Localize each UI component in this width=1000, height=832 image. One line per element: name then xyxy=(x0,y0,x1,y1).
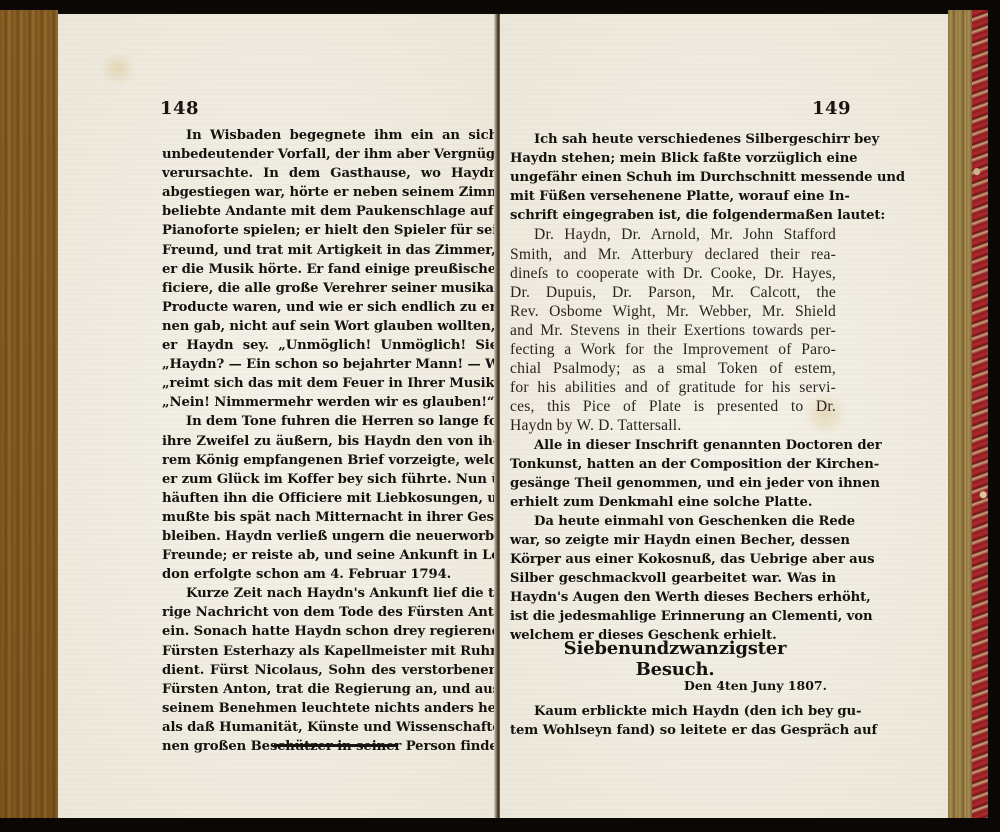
text-line: seinem Benehmen leuchtete nichts anders … xyxy=(162,699,498,718)
right-page: 149 Ich sah heute verschiedenes Silberge… xyxy=(500,14,948,820)
text-line: and Mr. Stevens in their Exertions towar… xyxy=(510,321,836,340)
text-line: tem Wohlseyn fand) so leitete er das Ges… xyxy=(510,721,836,740)
text-line: gesänge Theil genommen, und ein jeder vo… xyxy=(510,474,836,493)
right-page-text: Ich sah heute verschiedenes Silbergeschi… xyxy=(510,130,836,646)
left-page-text: In Wisbaden begegnete ihm ein an sich un… xyxy=(162,126,498,756)
text-line: Fürsten Esterhazy als Kapellmeister mit … xyxy=(162,642,498,661)
page-block-edge xyxy=(948,10,972,818)
text-line: chial Psalmody; as a smal Token of estem… xyxy=(510,359,836,378)
closing-paragraph: Kaum erblickte mich Haydn (den ich bey g… xyxy=(510,702,836,740)
text-line: schrift eingegraben ist, die folgenderma… xyxy=(510,206,836,225)
text-line: Fürsten Anton, trat die Regierung an, un… xyxy=(162,680,498,699)
section-heading: Siebenundzwanzigster Besuch. xyxy=(550,638,800,680)
text-line: abgestiegen war, hörte er neben seinem Z… xyxy=(162,183,498,202)
text-line: ein. Sonach hatte Haydn schon drey regie… xyxy=(162,622,498,641)
marbled-endpaper xyxy=(972,10,988,818)
text-line: Alle in dieser Inschrift genannten Docto… xyxy=(510,436,836,455)
text-line: dineſs to cooperate with Dr. Cooke, Dr. … xyxy=(510,264,836,283)
page-number-left: 148 xyxy=(160,98,199,119)
text-line: Dr. Haydn, Dr. Arnold, Mr. John Stafford xyxy=(510,225,836,244)
scan-background-right xyxy=(988,0,1000,832)
text-line: unbedeutender Vorfall, der ihm aber Verg… xyxy=(162,145,498,164)
left-page: 148 In Wisbaden begegnete ihm ein an sic… xyxy=(58,14,496,820)
text-line: erhielt zum Denkmahl eine solche Platte. xyxy=(510,493,836,512)
text-line: Kurze Zeit nach Haydn's Ankunft lief die… xyxy=(162,584,498,603)
text-line: häuften ihn die Officiere mit Liebkosung… xyxy=(162,489,498,508)
text-line: fecting a Work for the Improvement of Pa… xyxy=(510,340,836,359)
text-line: Freund, und trat mit Artigkeit in das Zi… xyxy=(162,241,498,260)
text-line: er zum Glück im Koffer bey sich führte. … xyxy=(162,470,498,489)
left-book-cover xyxy=(0,10,58,818)
text-line: ungefähr einen Schuh im Durchschnitt mes… xyxy=(510,168,836,187)
text-line: war, so zeigte mir Haydn einen Becher, d… xyxy=(510,531,836,550)
text-line: Rev. Osbome Wight, Mr. Webber, Mr. Shiel… xyxy=(510,302,836,321)
text-line: er die Musik hörte. Er fand einige preuß… xyxy=(162,260,498,279)
text-line: mußte bis spät nach Mitternacht in ihrer… xyxy=(162,508,498,527)
text-line: Haydn stehen; mein Blick faßte vorzüglic… xyxy=(510,149,836,168)
intro-paragraph: Ich sah heute verschiedenes Silbergeschi… xyxy=(510,130,836,225)
text-line: Pianoforte spielen; er hielt den Spieler… xyxy=(162,221,498,240)
text-line: Freunde; er reiste ab, und seine Ankunft… xyxy=(162,546,498,565)
date-line: Den 4ten Juny 1807. xyxy=(684,678,827,693)
end-rule-divider xyxy=(274,744,398,747)
text-line: beliebte Andante mit dem Paukenschlage a… xyxy=(162,202,498,221)
scan-background-top xyxy=(0,0,1000,12)
body-paragraphs: Alle in dieser Inschrift genannten Docto… xyxy=(510,436,836,646)
text-line: bleiben. Haydn verließ ungern die neuerw… xyxy=(162,527,498,546)
text-line: ist die jedesmahlige Erinnerung an Cleme… xyxy=(510,607,836,626)
text-line: „Nein! Nimmermehr werden wir es glauben!… xyxy=(162,393,498,412)
text-line: Producte waren, und wie er sich endlich … xyxy=(162,298,498,317)
text-line: nen gab, nicht auf sein Wort glauben wol… xyxy=(162,317,498,336)
english-inscription: Dr. Haydn, Dr. Arnold, Mr. John Stafford… xyxy=(510,225,836,435)
page-number-right: 149 xyxy=(812,98,851,119)
text-line: „reimt sich das mit dem Feuer in Ihrer M… xyxy=(162,374,498,393)
text-line: ficiere, die alle große Verehrer seiner … xyxy=(162,279,498,298)
text-line: Smith, and Mr. Atterbury declared their … xyxy=(510,245,836,264)
text-line: als daß Humanität, Künste und Wissenscha… xyxy=(162,718,498,737)
text-line: mit Füßen versehenene Platte, worauf ein… xyxy=(510,187,836,206)
text-line: Dr. Dupuis, Dr. Parson, Mr. Calcott, the xyxy=(510,283,836,302)
text-line: for his abilities and of gratitude for h… xyxy=(510,378,836,397)
text-line: er Haydn sey. „Unmöglich! Unmöglich! Sie xyxy=(162,336,498,355)
text-line: Tonkunst, hatten an der Composition der … xyxy=(510,455,836,474)
text-line: Silber geschmackvoll gearbeitet war. Was… xyxy=(510,569,836,588)
text-line: „Haydn? — Ein schon so bejahrter Mann! —… xyxy=(162,355,498,374)
paper-stain xyxy=(98,54,138,84)
text-line: Da heute einmahl von Geschenken die Rede xyxy=(510,512,836,531)
open-book-scan: 148 In Wisbaden begegnete ihm ein an sic… xyxy=(0,0,1000,832)
text-line: verursachte. In dem Gasthause, wo Haydn xyxy=(162,164,498,183)
text-line: ces, this Pice of Plate is presented to … xyxy=(510,397,836,416)
text-line: In dem Tone fuhren die Herren so lange f… xyxy=(162,412,498,431)
text-line: dient. Fürst Nicolaus, Sohn des verstorb… xyxy=(162,661,498,680)
text-line: don erfolgte schon am 4. Februar 1794. xyxy=(162,565,498,584)
text-line: rem König empfangenen Brief vorzeigte, w… xyxy=(162,451,498,470)
scan-background-bottom xyxy=(0,818,1000,832)
text-line: Kaum erblickte mich Haydn (den ich bey g… xyxy=(510,702,836,721)
text-line: rige Nachricht von dem Tode des Fürsten … xyxy=(162,603,498,622)
text-line: Körper aus einer Kokosnuß, das Uebrige a… xyxy=(510,550,836,569)
text-line: ihre Zweifel zu äußern, bis Haydn den vo… xyxy=(162,432,498,451)
text-line: Haydn by W. D. Tattersall. xyxy=(510,416,836,435)
text-line: Ich sah heute verschiedenes Silbergeschi… xyxy=(510,130,836,149)
text-line: Haydn's Augen den Werth dieses Bechers e… xyxy=(510,588,836,607)
text-line: In Wisbaden begegnete ihm ein an sich xyxy=(162,126,498,145)
